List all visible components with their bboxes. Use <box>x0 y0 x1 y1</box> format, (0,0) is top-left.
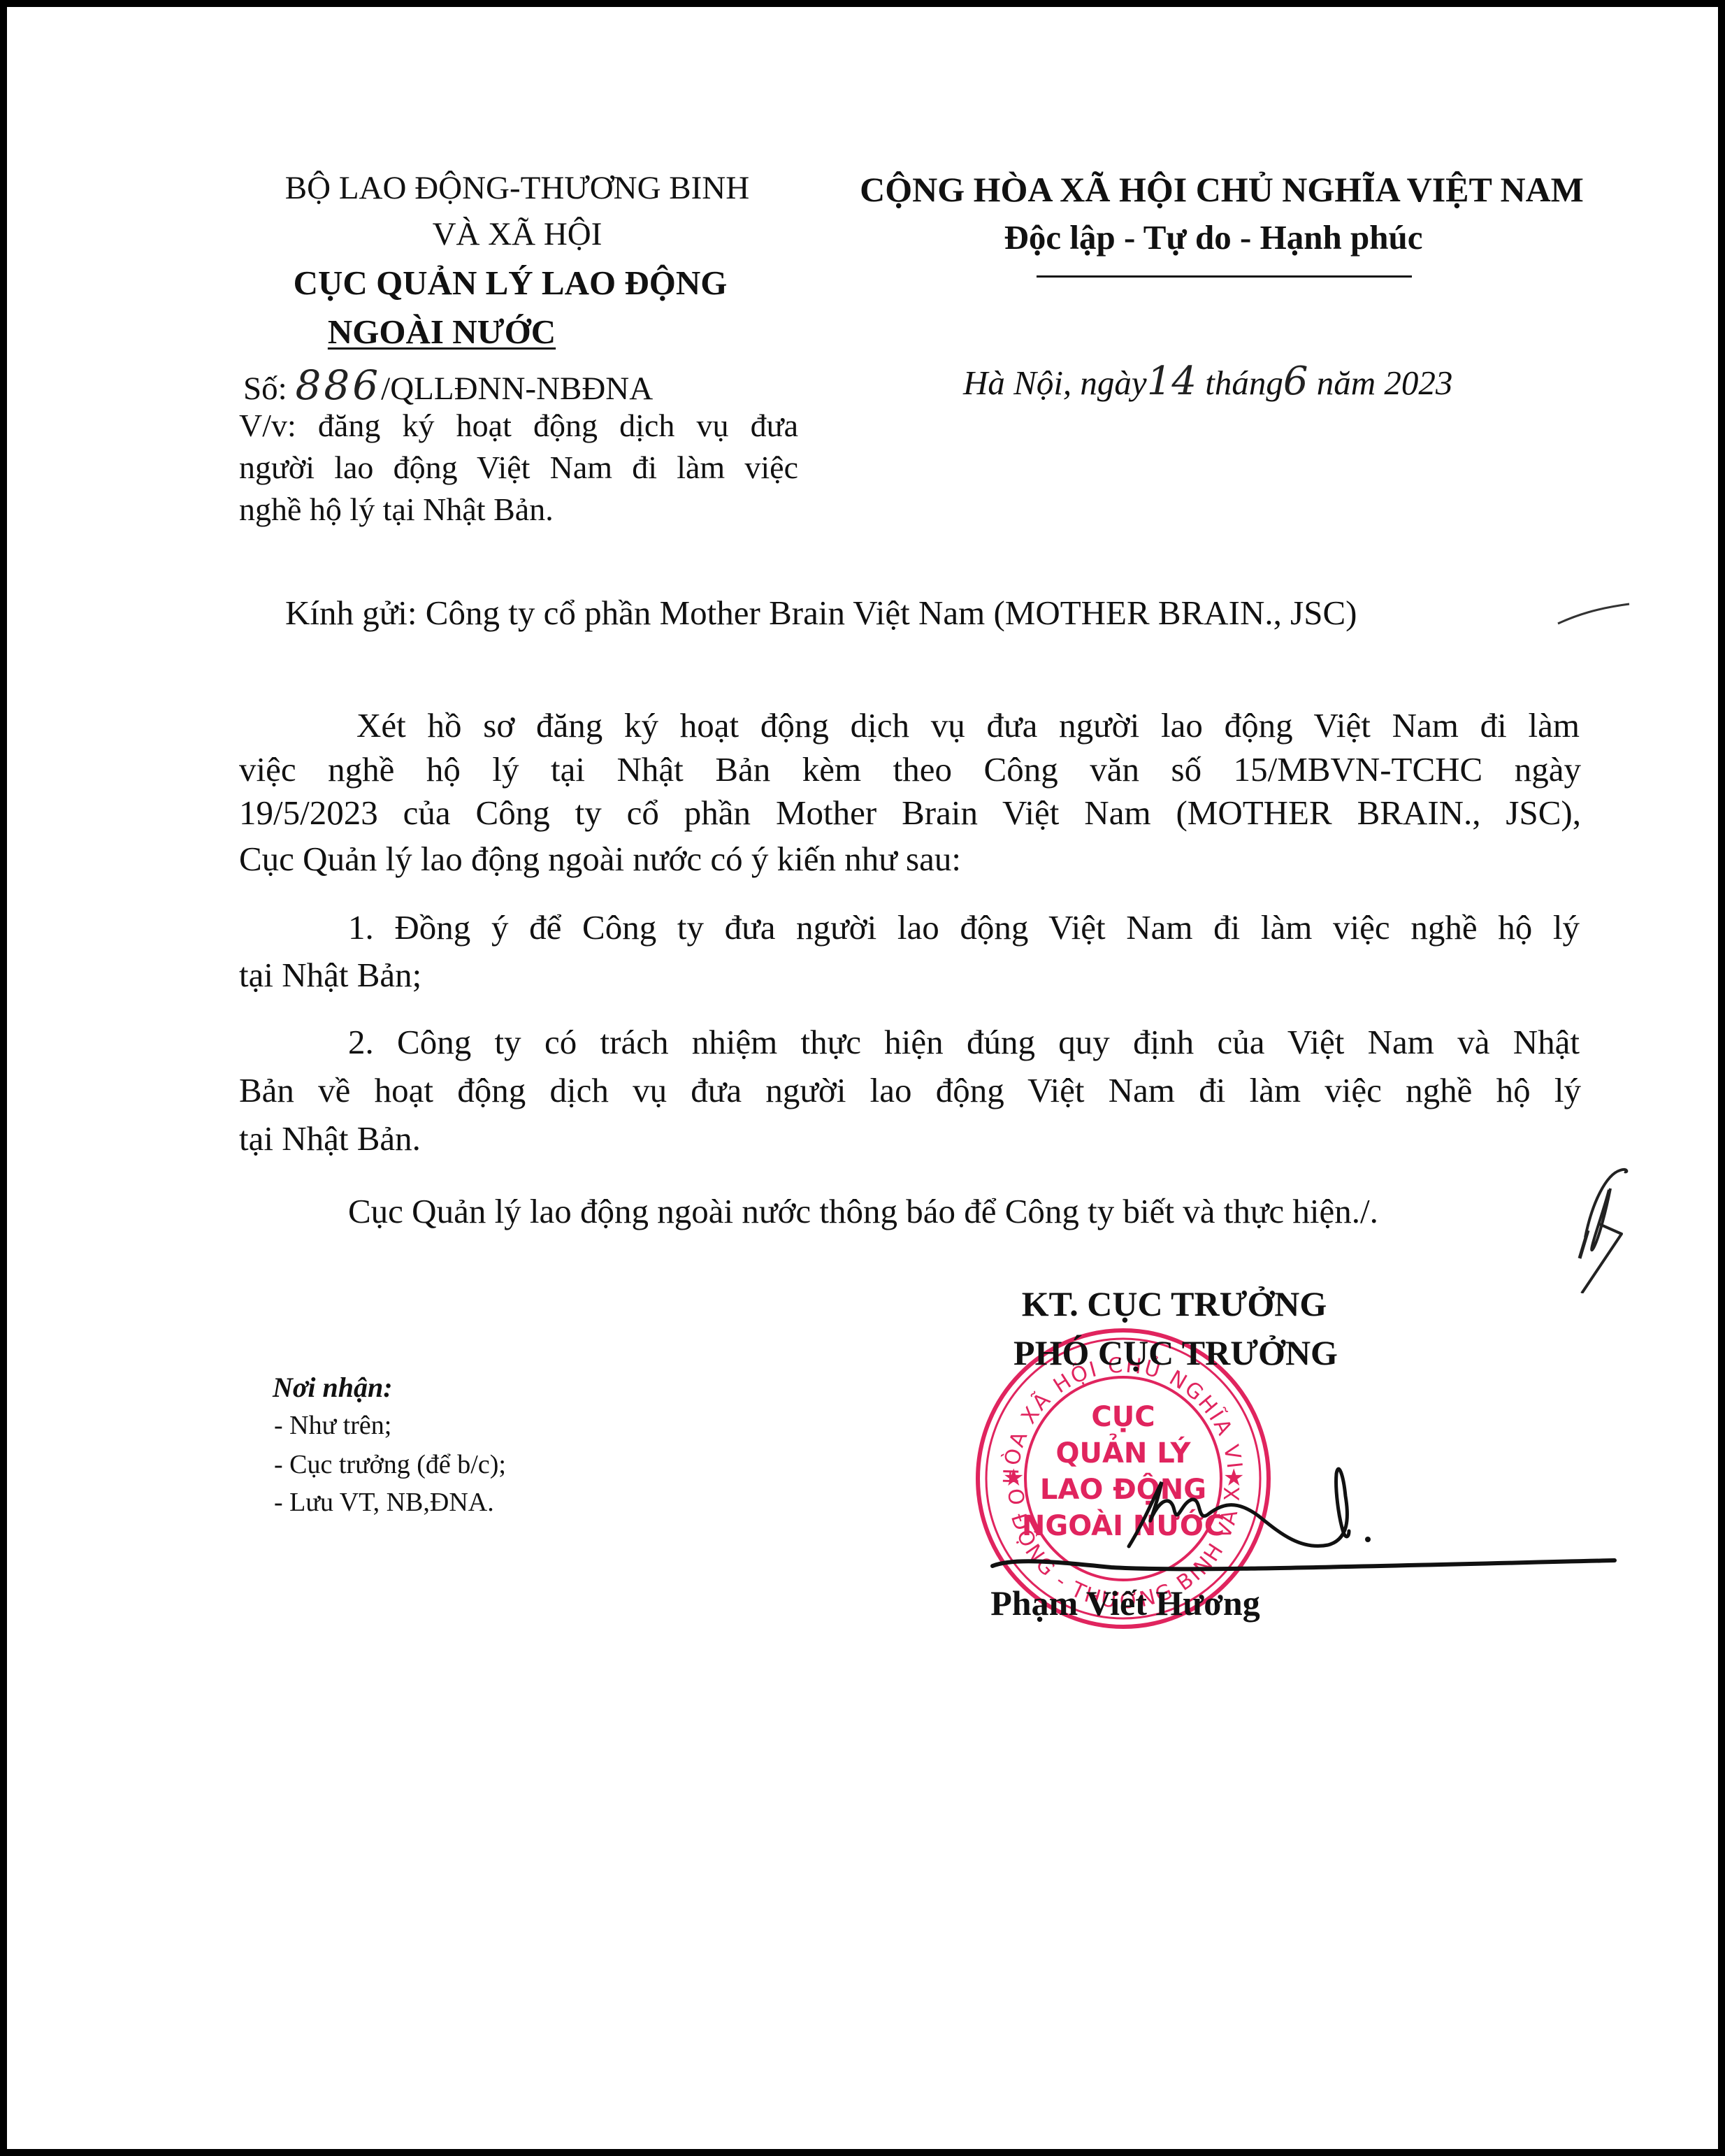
motto-underline <box>1037 275 1412 278</box>
date-month-handwritten: 6 <box>1283 359 1308 404</box>
body-intro-line-1: Xét hồ sơ đăng ký hoạt động dịch vụ đưa … <box>239 708 1580 742</box>
initial-mark-icon <box>1564 1160 1648 1293</box>
recipient-item: - Cục trưởng (để b/c); <box>274 1451 506 1478</box>
date-prefix: Hà Nội, ngày <box>963 364 1147 402</box>
recipients-label: Nơi nhận: <box>273 1374 393 1402</box>
salutation: Kính gửi: Công ty cổ phần Mother Brain V… <box>285 596 1357 630</box>
subject-line-1: V/v: đăng ký hoạt động dịch vụ đưa <box>239 410 798 442</box>
subject-line-2: người lao động Việt Nam đi làm việc <box>239 452 798 484</box>
signature-title-2: PHÓ CỤC TRƯỞNG <box>1013 1335 1338 1370</box>
date-year: năm 2023 <box>1317 364 1453 402</box>
closing-statement: Cục Quản lý lao động ngoài nước thông bá… <box>348 1194 1550 1228</box>
body-intro-line-3: 19/5/2023 của Công ty cổ phần Mother Bra… <box>239 796 1581 830</box>
doc-number-prefix: Số: <box>243 371 287 407</box>
agency-name-line1: CỤC QUẢN LÝ LAO ĐỘNG <box>294 266 728 300</box>
stamp-center-line-1: CỤC <box>1091 1401 1155 1433</box>
signature-title-1: KT. CỤC TRƯỞNG <box>1022 1286 1327 1321</box>
document-date: Hà Nội, ngày14 tháng6 năm 2023 <box>963 362 1452 401</box>
doc-number-handwritten: 886 <box>295 361 381 409</box>
date-day-handwritten: 14 <box>1147 359 1197 404</box>
subject-line-3: nghề hộ lý tại Nhật Bản. <box>239 494 798 526</box>
document-page: BỘ LAO ĐỘNG-THƯƠNG BINH VÀ XÃ HỘI CỤC QU… <box>0 0 1725 2156</box>
document-number: Số: 886/QLLĐNN-NBĐNA <box>243 365 653 405</box>
item2-line-2: Bản về hoạt động dịch vụ đưa người lao đ… <box>239 1073 1581 1107</box>
doc-number-suffix: /QLLĐNN-NBĐNA <box>381 371 653 407</box>
item2-line-1: 2. Công ty có trách nhiệm thực hiện đúng… <box>348 1025 1580 1059</box>
item1-line-1: 1. Đồng ý để Công ty đưa người lao động … <box>348 910 1580 944</box>
ministry-name-line2: VÀ XÃ HỘI <box>433 218 602 251</box>
nation-title: CỘNG HÒA XÃ HỘI CHỦ NGHĨA VIỆT NAM <box>860 172 1584 207</box>
check-mark-icon <box>1555 600 1632 628</box>
recipient-item: - Như trên; <box>274 1412 391 1439</box>
date-month-label: tháng <box>1205 364 1283 402</box>
recipient-item: - Lưu VT, NB,ĐNA. <box>274 1489 494 1516</box>
item2-line-3: tại Nhật Bản. <box>239 1121 1581 1156</box>
body-intro-line-2: việc nghề hộ lý tại Nhật Bản kèm theo Cô… <box>239 752 1581 786</box>
signer-name: Phạm Viết Hương <box>990 1586 1260 1620</box>
agency-name-line2: NGOÀI NƯỚC <box>328 315 556 349</box>
national-motto: Độc lập - Tự do - Hạnh phúc <box>1004 220 1423 254</box>
item1-line-2: tại Nhật Bản; <box>239 958 1581 992</box>
ministry-name-line1: BỘ LAO ĐỘNG-THƯƠNG BINH <box>285 172 749 205</box>
handwritten-signature <box>972 1433 1629 1573</box>
body-intro-line-4: Cục Quản lý lao động ngoài nước có ý kiế… <box>239 842 1581 876</box>
